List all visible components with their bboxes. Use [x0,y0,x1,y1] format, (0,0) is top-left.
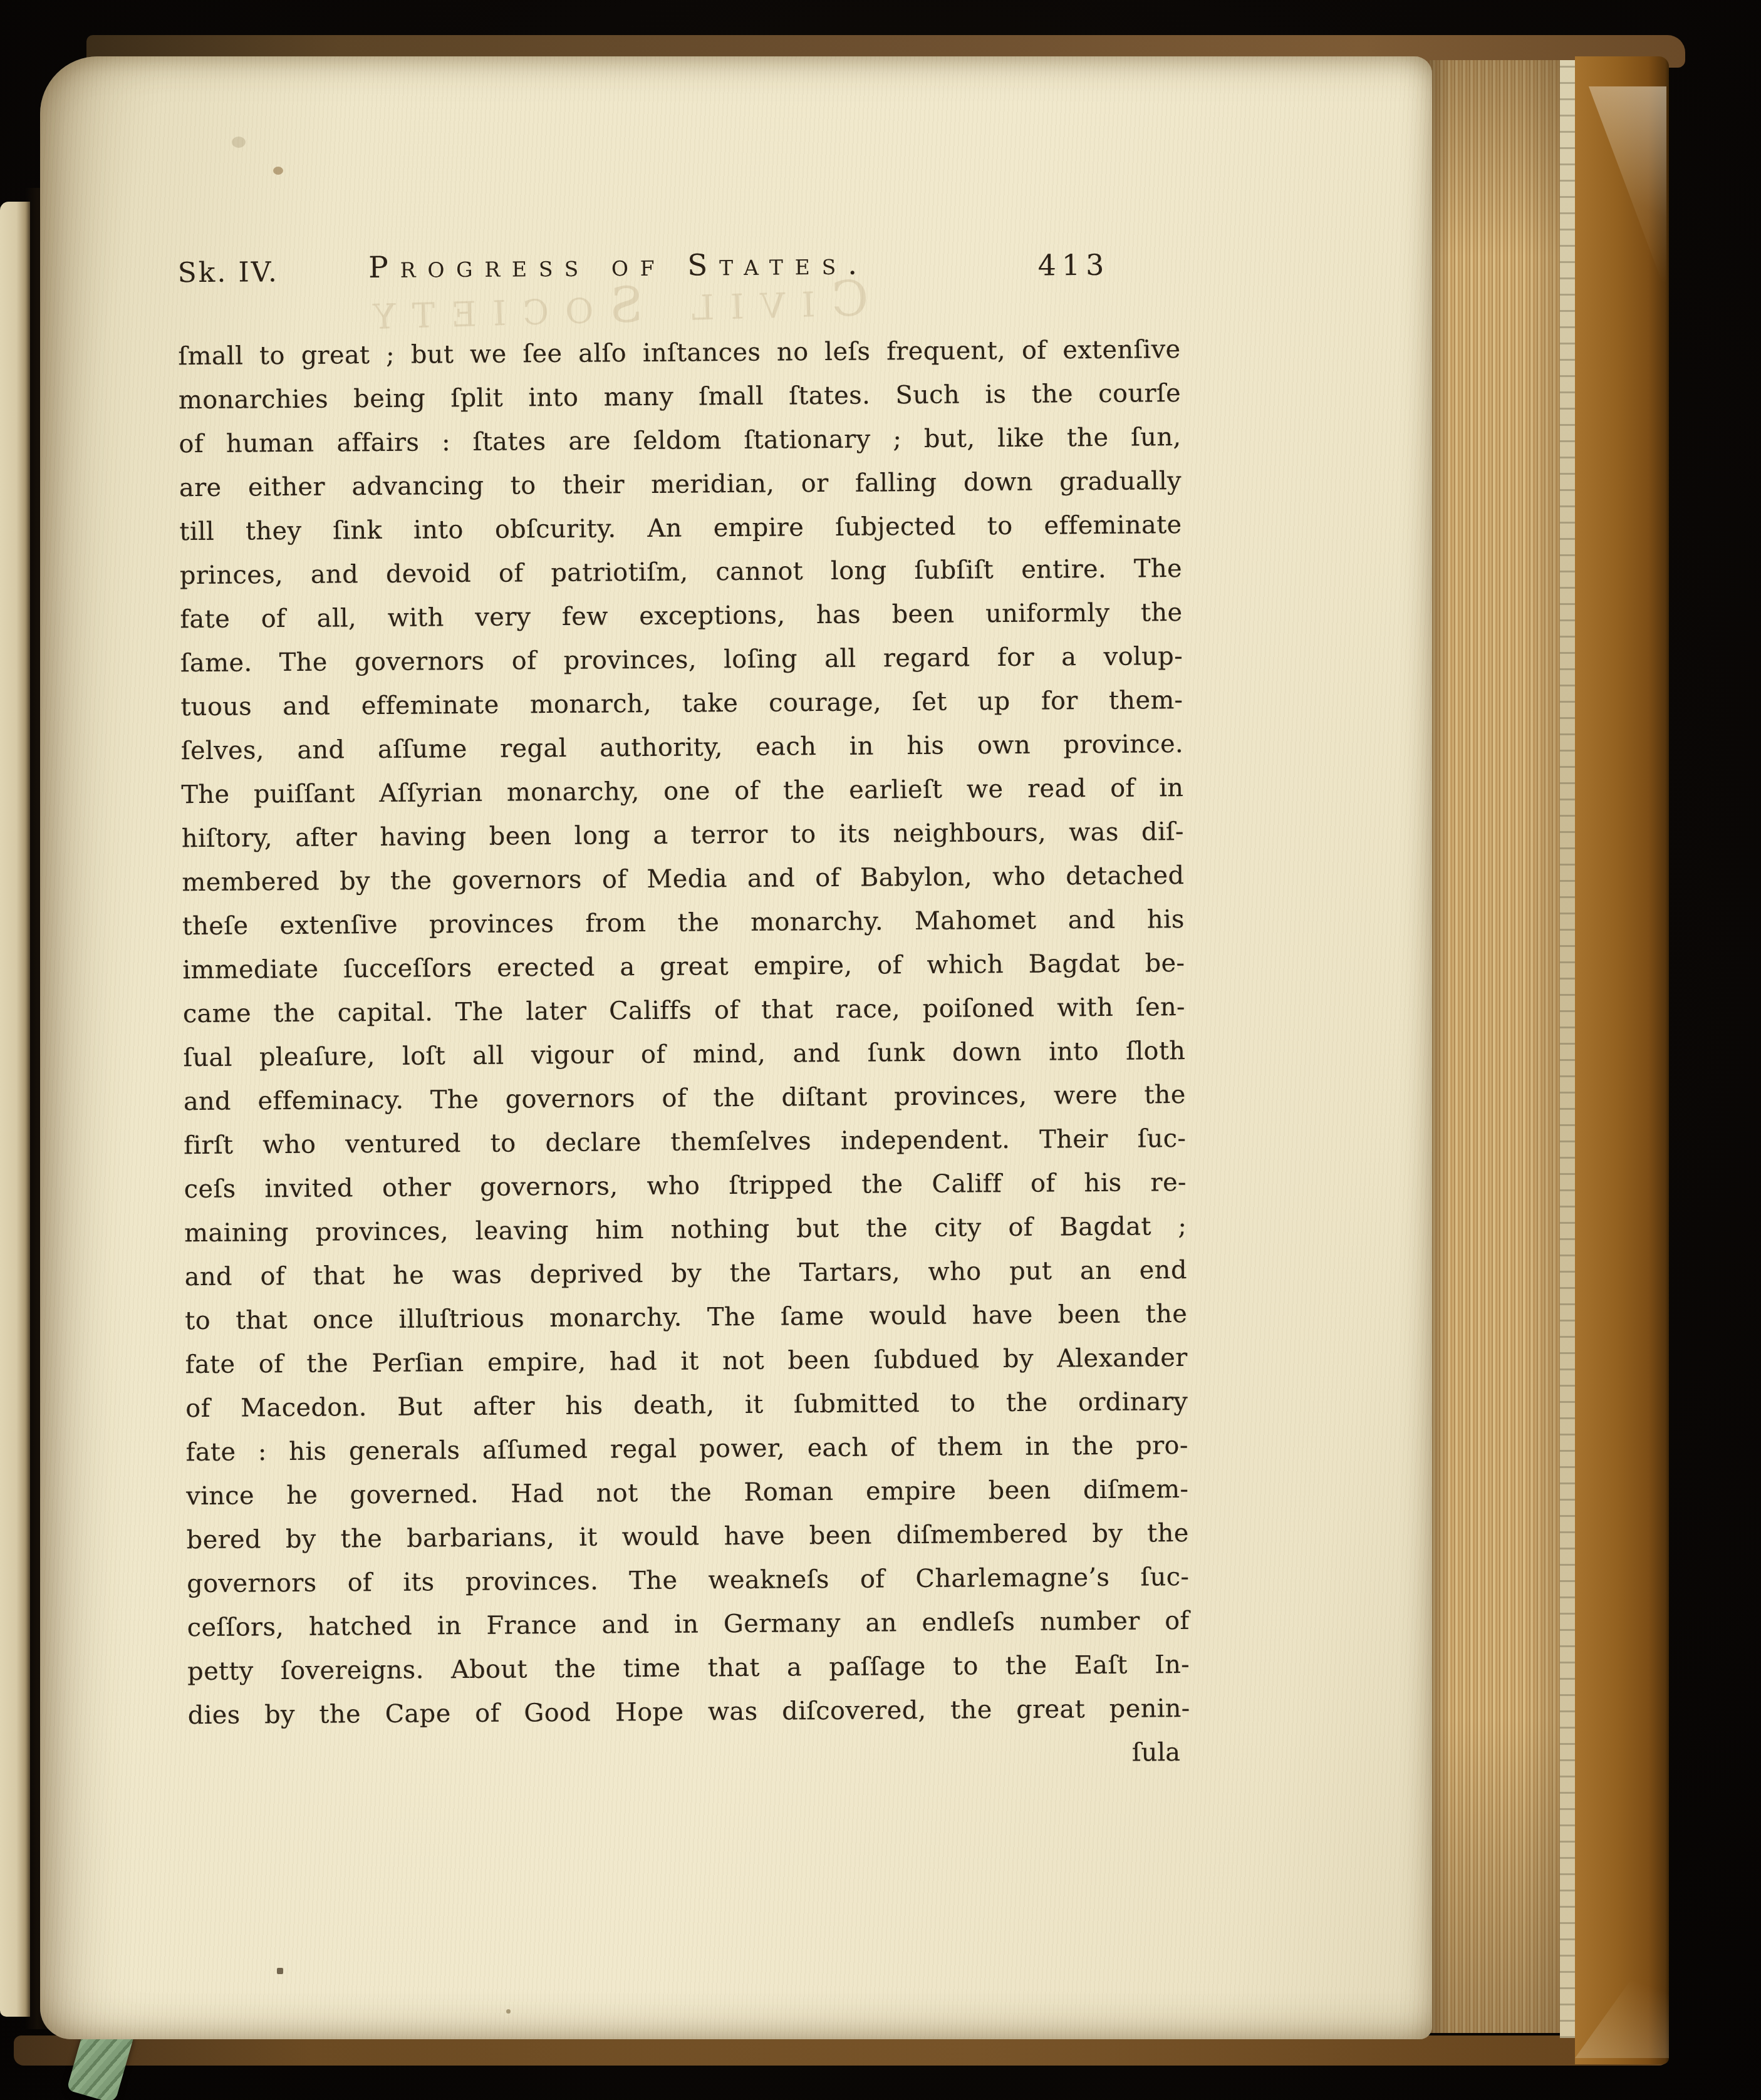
text-line: of human affairs : ſtates are ſeldom ſta… [179,415,1181,466]
paper-speck [277,1968,283,1974]
text-line: monarchies being ſplit into many ſmall ſ… [179,371,1181,422]
text-line: immediate ſucceſſors erected a great emp… [182,941,1185,992]
text-line: ſelves, and aſſume regal authority, each… [181,722,1183,773]
text-line: ſual pleaſure, loſt all vigour of mind, … [183,1029,1185,1080]
leather-corner-fold [1575,1927,1669,2058]
page-block-fore-edge [1430,60,1560,2033]
text-line: came the capital. The later Califfs of t… [183,985,1185,1036]
text-line: are either advancing to their meridian, … [179,459,1182,510]
text-line: and effeminacy. The governors of the diſ… [184,1073,1186,1124]
paper-speck [506,2009,511,2014]
leather-corner-sheen [1584,86,1666,312]
text-line: and of that he was deprived by the Tarta… [185,1248,1187,1299]
text-line: membered by the governors of Media and o… [182,854,1184,904]
sketch-number: Sk. IV. [177,256,279,289]
text-line: theſe extenſive provinces from the monar… [182,897,1185,948]
text-line: ſame. The governors of provinces, loſing… [180,634,1183,685]
cover-board-inner-edge [1560,60,1576,2038]
running-header: Sk. IV. Progress of States. 413 [177,245,1180,302]
text-line: bered by the barbarians, it would have b… [186,1511,1188,1562]
page-number: 413 [1037,248,1109,282]
book-page: Civil Society Sk. IV. Progress of States… [40,56,1432,2039]
photo-backdrop: Civil Society Sk. IV. Progress of States… [0,0,1761,2100]
page-title: Progress of States. [368,247,869,285]
text-line: The puiſſant Aſſyrian monarchy, one of t… [181,766,1183,817]
body-text: ſmall to great ; but we ſee alſo inſtanc… [178,328,1190,1737]
text-line: vince he governed. Had not the Roman emp… [186,1467,1188,1518]
text-line: of Macedon. But after his death, it ſubm… [185,1380,1188,1430]
paper-speck [232,137,246,148]
text-line: princes, and devoid of patriotiſm, canno… [180,547,1182,597]
text-line: maining provinces, leaving him nothing b… [184,1204,1187,1255]
paper-speck [971,1365,977,1370]
text-line: governors of its provinces. The weakneſs… [187,1555,1189,1606]
text-line: till they ſink into obſcurity. An empire… [179,503,1182,554]
page-content: Civil Society Sk. IV. Progress of States… [34,51,1440,2044]
text-line: tuous and effeminate monarch, take coura… [180,678,1183,729]
catchword: ſula [188,1730,1190,1781]
text-line: petty ſovereigns. About the time that a … [187,1643,1190,1694]
book-cover-right [1575,56,1669,2064]
text-line: ſmall to great ; but we ſee alſo inſtanc… [178,328,1180,378]
text-line: ceſs invited other governors, who ſtripp… [184,1161,1187,1211]
text-line: ceſſors, hatched in France and in German… [187,1599,1189,1650]
text-line: firſt who ventured to declare themſelves… [184,1117,1186,1167]
text-line: fate of all, with very few exceptions, h… [180,591,1182,641]
paper-speck [273,167,283,175]
text-line: dies by the Cape of Good Hope was diſcov… [187,1687,1190,1737]
text-line: to that once illuſtrious monarchy. The ſ… [185,1292,1187,1343]
text-line: fate : his generals aſſumed regal power,… [185,1424,1188,1474]
text-line: fate of the Perſian empire, had it not b… [185,1336,1187,1387]
text-line: hiſtory, after having been long a terror… [182,810,1184,861]
